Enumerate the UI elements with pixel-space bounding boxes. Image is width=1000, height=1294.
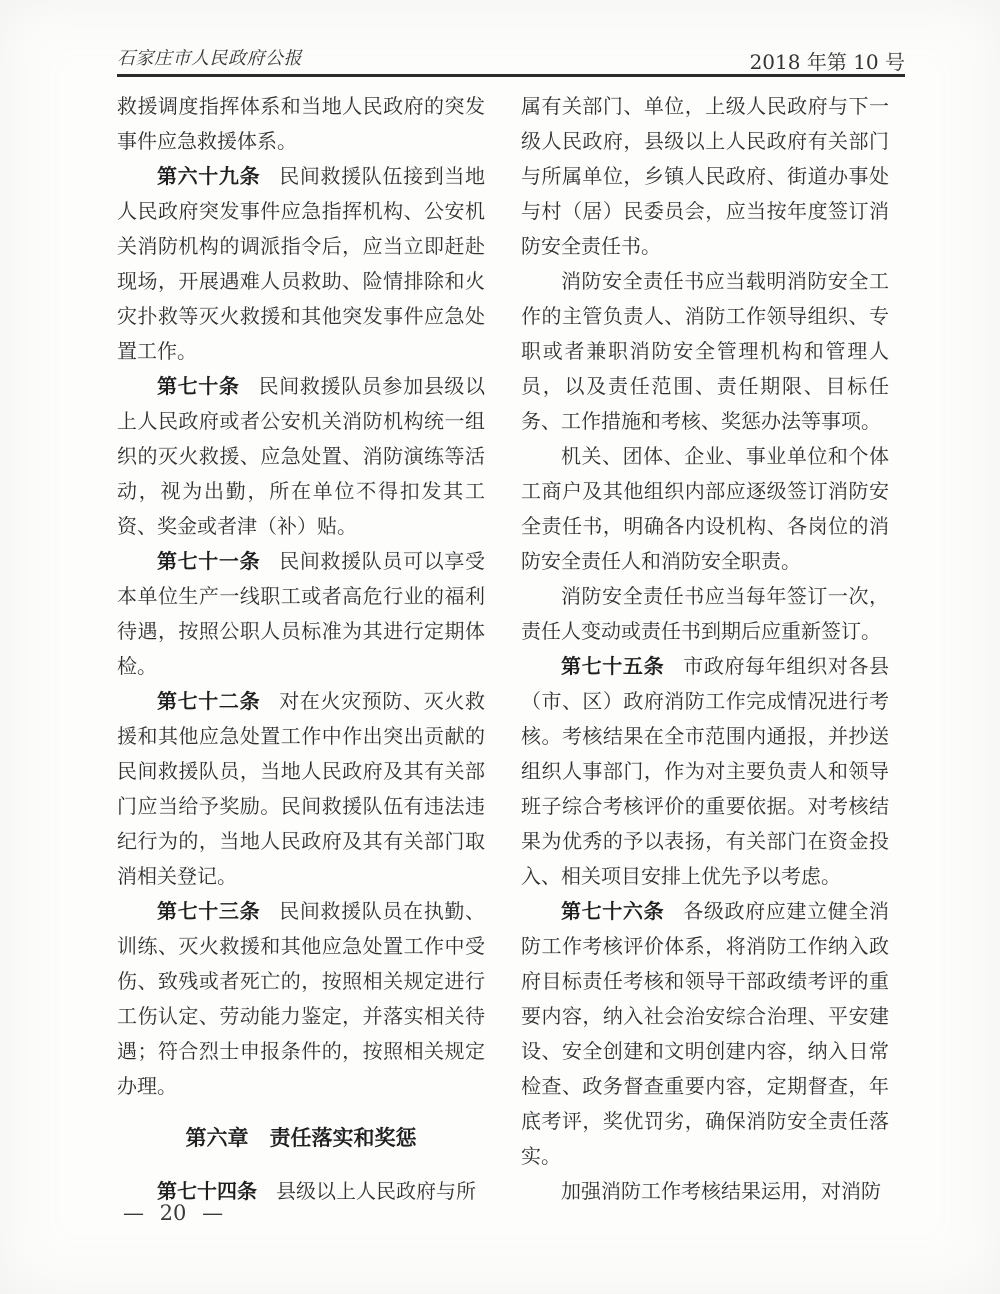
article-number: 第六十九条 bbox=[157, 164, 260, 188]
article-number: 第七十一条 bbox=[157, 549, 260, 573]
article-paragraph: 第七十三条民间救援队员在执勤、训练、灭火救援和其他应急处置工作中受伤、致残或者死… bbox=[117, 894, 485, 1104]
article-paragraph: 第七十五条市政府每年组织对各县（市、区）政府消防工作完成情况进行考核。考核结果在… bbox=[521, 649, 889, 894]
chapter-heading: 第六章责任落实和奖惩 bbox=[117, 1120, 485, 1155]
paragraph: 机关、团体、企业、事业单位和个体工商户及其他组织内部应逐级签订消防安全责任书，明… bbox=[521, 439, 889, 579]
article-text: 民间救援队员在执勤、训练、灭火救援和其他应急处置工作中受伤、致残或者死亡的，按照… bbox=[117, 899, 485, 1098]
paragraph: 消防安全责任书应当每年签订一次，责任人变动或责任书到期后应重新签订。 bbox=[521, 579, 889, 649]
paragraph-text: 加强消防工作考核结果运用，对消防 bbox=[561, 1179, 881, 1203]
article-number: 第七十四条 bbox=[157, 1179, 257, 1203]
article-text: 县级以上人民政府与所 bbox=[276, 1179, 476, 1203]
article-number: 第七十条 bbox=[157, 374, 240, 398]
article-paragraph: 第七十二条对在火灾预防、灭火救援和其他应急处置工作中作出突出贡献的民间救援队员，… bbox=[117, 684, 485, 894]
paragraph-continuation: 属有关部门、单位，上级人民政府与下一级人民政府，县级以上人民政府有关部门与所属单… bbox=[521, 89, 889, 264]
article-text: 对在火灾预防、灭火救援和其他应急处置工作中作出突出贡献的民间救援队员，当地人民政… bbox=[117, 689, 485, 888]
article-text: 市政府每年组织对各县（市、区）政府消防工作完成情况进行考核。考核结果在全市范围内… bbox=[521, 654, 889, 888]
paragraph-text: 机关、团体、企业、事业单位和个体工商户及其他组织内部应逐级签订消防安全责任书，明… bbox=[521, 444, 889, 573]
paragraph: 消防安全责任书应当载明消防安全工作的主管负责人、消防工作领导组织、专职或者兼职消… bbox=[521, 264, 889, 439]
article-number: 第七十六条 bbox=[561, 899, 664, 923]
article-paragraph: 第七十条民间救援队员参加县级以上人民政府或者公安机关消防机构统一组织的灭火救援、… bbox=[117, 369, 485, 544]
gazette-title: 石家庄市人民政府公报 bbox=[117, 44, 302, 70]
article-text: 各级政府应建立健全消防工作考核评价体系，将消防工作纳入政府目标责任考核和领导干部… bbox=[521, 899, 889, 1168]
right-column: 属有关部门、单位，上级人民政府与下一级人民政府，县级以上人民政府有关部门与所属单… bbox=[521, 89, 889, 1209]
header-rule bbox=[117, 74, 905, 77]
article-paragraph: 第七十六条各级政府应建立健全消防工作考核评价体系，将消防工作纳入政府目标责任考核… bbox=[521, 894, 889, 1174]
article-paragraph: 第七十一条民间救援队员可以享受本单位生产一线职工或者高危行业的福利待遇，按照公职… bbox=[117, 544, 485, 684]
paragraph-continuation: 救援调度指挥体系和当地人民政府的突发事件应急救援体系。 bbox=[117, 89, 485, 159]
paragraph-text: 消防安全责任书应当载明消防安全工作的主管负责人、消防工作领导组织、专职或者兼职消… bbox=[521, 269, 889, 433]
article-text: 民间救援队伍接到当地人民政府突发事件应急指挥机构、公安机关消防机构的调派指令后，… bbox=[117, 164, 485, 363]
article-number: 第七十二条 bbox=[157, 689, 260, 713]
paragraph-text: 消防安全责任书应当每年签订一次，责任人变动或责任书到期后应重新签订。 bbox=[521, 584, 889, 643]
article-number: 第七十五条 bbox=[561, 654, 664, 678]
article-paragraph: 第六十九条民间救援队伍接到当地人民政府突发事件应急指挥机构、公安机关消防机构的调… bbox=[117, 159, 485, 369]
paragraph-text: 救援调度指挥体系和当地人民政府的突发事件应急救援体系。 bbox=[117, 94, 485, 153]
article-text: 民间救援队员参加县级以上人民政府或者公安机关消防机构统一组织的灭火救援、应急处置… bbox=[117, 374, 485, 538]
paragraph: 加强消防工作考核结果运用，对消防 bbox=[521, 1174, 889, 1209]
chapter-number: 第六章 bbox=[186, 1125, 249, 1150]
article-number: 第七十三条 bbox=[157, 899, 260, 923]
page-number: — 20 — bbox=[123, 1201, 223, 1225]
issue-number: 2018 年第 10 号 bbox=[750, 46, 905, 75]
chapter-title: 责任落实和奖惩 bbox=[270, 1125, 417, 1150]
paragraph-text: 属有关部门、单位，上级人民政府与下一级人民政府，县级以上人民政府有关部门与所属单… bbox=[521, 94, 889, 258]
left-column: 救援调度指挥体系和当地人民政府的突发事件应急救援体系。 第六十九条民间救援队伍接… bbox=[117, 89, 485, 1209]
